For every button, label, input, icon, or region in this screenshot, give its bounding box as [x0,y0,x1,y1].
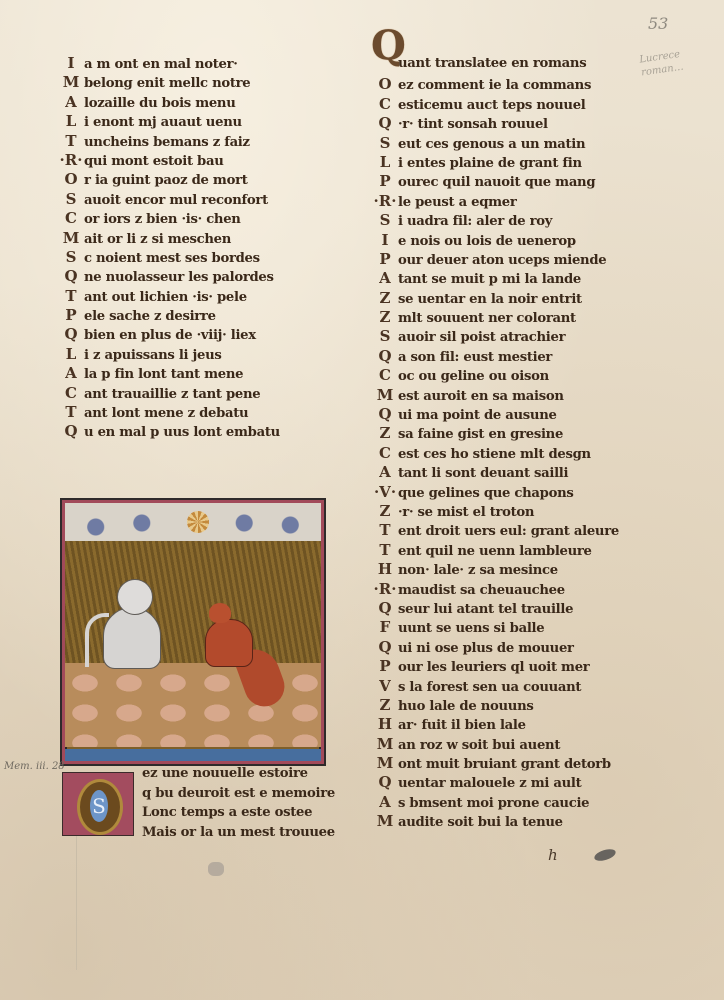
verse-text: uunt se uens si balle [398,621,544,636]
verse-text: belong enit mellc notre [84,76,250,91]
verse-text: ant out lichien ·is· pele [84,290,247,305]
line-initial: P [58,306,84,324]
sun-icon [187,511,209,533]
verse-line: Qseur lui atant tel trauille [372,599,672,618]
verse-line: Hnon· lale· z sa mesince [372,560,672,579]
verse-line: Maudite soit bui la tenue [372,812,672,831]
verse-line: Qu en mal p uus lont embatu [58,422,358,441]
verse-text: an roz w soit bui auent [398,738,560,753]
verse-text: c noient mest ses bordes [84,251,260,266]
line-initial: P [372,250,398,268]
verse-line: Alozaille du bois menu [58,93,358,112]
verse-text: ele sache z desirre [84,309,216,324]
line-initial: I [372,231,398,249]
verse-line: ez une nouuelle estoire [142,766,352,786]
verse-line: Man roz w soit bui auent [372,735,672,754]
line-initial: T [58,132,84,150]
verse-text: i uadra fil: aler de roy [398,214,552,229]
line-initial: H [372,560,398,578]
verse-line: Mais or la un mest trouuee [142,825,352,845]
verse-text: que gelines que chapons [398,486,574,501]
verse-text: i enont mj auaut uenu [84,115,242,130]
line-initial: Q [372,773,398,791]
verse-text: ent quil ne uenn lambleure [398,544,592,559]
line-initial: L [58,345,84,363]
verse-text: a m ont en mal noter· [84,57,238,72]
verse-text: ui ma point de ausune [398,408,557,423]
verse-line: Tant lont mene z debatu [58,403,358,422]
verse-text: huo lale de nouuns [398,699,533,714]
verse-text: ourec quil nauoit que mang [398,175,595,190]
verse-line: Li entes plaine de grant fin [372,153,672,172]
line-initial: M [372,754,398,772]
verse-line: Li enont mj auaut uenu [58,112,358,131]
verse-text: ant trauaillie z tant pene [84,387,260,402]
miniature-water [65,749,321,761]
verse-line: ·R·maudist sa cheuauchee [372,580,672,599]
verse-line: Qne nuolasseur les palordes [58,267,358,286]
verse-text: our les leuriers ql uoit mer [398,660,589,675]
verse-text: se uentar en la noir entrit [398,292,582,307]
verse-text: uant translatee en romans [398,56,586,71]
verse-line: Pele sache z desirre [58,306,358,325]
verse-text: qui mont estoit bau [84,154,223,169]
verse-line: Or ia guint paoz de mort [58,170,358,189]
line-initial: C [372,366,398,384]
drop-cap-letter: S [90,790,108,822]
verse-line: As bmsent moi prone caucie [372,793,672,812]
verse-line: Sauoit encor mul reconfort [58,190,358,209]
verse-line: ·R·qui mont estoit bau [58,151,358,170]
verse-text: ont muit bruiant grant detorb [398,757,611,772]
line-initial: T [58,287,84,305]
line-initial: P [372,657,398,675]
line-initial: Z [372,289,398,307]
verse-text: eut ces genous a un matin [398,137,585,152]
verse-text: q bu deuroit est e memoire [142,786,335,801]
verse-line: Mest auroit en sa maison [372,386,672,405]
line-initial: ·R· [58,151,84,169]
folio-number: 53 [648,14,668,33]
line-initial: C [372,95,398,113]
manuscript-page: 53 Lucrece roman… Ia m ont en mal noter·… [0,0,724,1000]
verse-text: e nois ou lois de uenerop [398,234,576,249]
verse-text: oc ou geline ou oison [398,369,549,384]
verse-text: auoir sil poist atrachier [398,330,565,345]
line-initial: A [372,463,398,481]
verse-text: auoit encor mul reconfort [84,193,268,208]
verse-text: i entes plaine de grant fin [398,156,582,171]
verse-text: s bmsent moi prone caucie [398,796,589,811]
line-initial: M [372,735,398,753]
verse-line: Vs la forest sen ua couuant [372,677,672,696]
verse-text: ar· fuit il bien lale [398,718,526,733]
verse-line: Q·r· tint sonsah rouuel [372,114,672,133]
verse-line: Si uadra fil: aler de roy [372,211,672,230]
miniature-illustration [62,500,324,764]
lion-figure [95,573,165,673]
verse-line: Mait or li z si meschen [58,229,358,248]
verse-line: Atant li sont deuant sailli [372,463,672,482]
verse-text: ez comment ie la commans [398,78,591,93]
line-initial: Z [372,424,398,442]
line-initial: P [372,172,398,190]
verse-line: Pourec quil nauoit que mang [372,172,672,191]
verse-line: Mont muit bruiant grant detorb [372,754,672,773]
verse-line: Sauoir sil poist atrachier [372,327,672,346]
line-initial: Z [372,696,398,714]
verse-line: Qui ma point de ausune [372,405,672,424]
miniature-ground [65,663,321,747]
line-initial: L [58,112,84,130]
line-initial: T [58,403,84,421]
verse-text: ez une nouuelle estoire [142,766,308,781]
line-initial: T [372,541,398,559]
verse-line: Coc ou geline ou oison [372,366,672,385]
drop-cap-ring: S [77,779,123,835]
line-initial: C [58,384,84,402]
line-initial: S [372,134,398,152]
verse-text: maudist sa cheuauchee [398,583,565,598]
line-initial: Q [58,267,84,285]
verse-line: Zmlt souuent ner colorant [372,308,672,327]
line-initial: S [58,248,84,266]
verse-text: u en mal p uus lont embatu [84,425,280,440]
verse-line: Cesticemu auct teps nouuel [372,95,672,114]
verse-text: uentar malouele z mi ault [398,776,581,791]
verse-line: Zhuo lale de nouuns [372,696,672,715]
verse-text: ant lont mene z debatu [84,406,248,421]
verse-line: q bu deuroit est e memoire [142,786,352,806]
verse-line: Seut ces genous a un matin [372,134,672,153]
catchword: h [548,846,558,864]
verse-line: Oez comment ie la commans [372,75,672,94]
stamp-mark [208,862,224,876]
left-text-column: Ia m ont en mal noter·Mbelong enit mellc… [58,54,358,442]
verse-line: Quentar malouele z mi ault [372,773,672,792]
verse-text: ait or li z si meschen [84,232,231,247]
verse-line: Har· fuit il bien lale [372,715,672,734]
verse-line: Fuunt se uens si balle [372,618,672,637]
verse-text: tant li sont deuant sailli [398,466,568,481]
ink-smudge [593,848,617,862]
line-initial: Q [372,347,398,365]
line-initial: Z [372,308,398,326]
illuminated-drop-cap: S [62,772,134,836]
verse-text: s la forest sen ua couuant [398,680,581,695]
verse-line: Ia m ont en mal noter· [58,54,358,73]
verse-line: Qui ni ose plus de mouuer [372,638,672,657]
line-initial: V [372,677,398,695]
line-initial: M [372,812,398,830]
verse-line: Zsa faine gist en gresine [372,424,672,443]
verse-text: sa faine gist en gresine [398,427,563,442]
verse-text: le peust a eqmer [398,195,517,210]
verse-text: ·r· tint sonsah rouuel [398,117,548,132]
verse-text: Lonc temps a este ostee [142,805,312,820]
verse-text: ·r· se mist el troton [398,505,534,520]
verse-line: Tent droit uers eul: grant aleure [372,521,672,540]
verse-text: ne nuolasseur les palordes [84,270,274,285]
right-text-column: uant translatee en romansOez comment ie … [372,56,672,832]
verse-line: Pour les leuriers ql uoit mer [372,657,672,676]
margin-annotation-left: Mem. iii. 28 [4,760,65,774]
verse-text: r ia guint paoz de mort [84,173,248,188]
verse-line: Lonc temps a este ostee [142,805,352,825]
line-initial: M [58,229,84,247]
line-initial: Q [372,405,398,423]
verse-text: tant se muit p mi la lande [398,272,581,287]
verse-line: Tent quil ne uenn lambleure [372,541,672,560]
verse-line: Qbien en plus de ·viij· liex [58,325,358,344]
line-initial: C [372,444,398,462]
verse-text: bien en plus de ·viij· liex [84,328,256,343]
line-initial: Q [372,114,398,132]
verse-line: Pour deuer aton uceps miende [372,250,672,269]
verse-line: Ala p fin lont tant mene [58,364,358,383]
line-initial: A [58,93,84,111]
line-initial: S [372,211,398,229]
verse-text: esticemu auct teps nouuel [398,98,586,113]
line-initial: Q [58,422,84,440]
line-initial: H [372,715,398,733]
line-initial: M [58,73,84,91]
verse-text: uncheins bemans z faiz [84,135,250,150]
line-initial: M [372,386,398,404]
line-initial: Q [372,638,398,656]
verse-text: our deuer aton uceps miende [398,253,606,268]
verse-line: Cant trauaillie z tant pene [58,384,358,403]
line-initial: O [372,75,398,93]
verse-text: seur lui atant tel trauille [398,602,573,617]
verse-line: Qa son fil: eust mestier [372,347,672,366]
verse-line: Cor iors z bien ·is· chen [58,209,358,228]
fox-figure [205,603,275,673]
line-initial: O [58,170,84,188]
line-initial: Z [372,502,398,520]
verse-text: ent droit uers eul: grant aleure [398,524,619,539]
line-initial: S [372,327,398,345]
verse-text: or iors z bien ·is· chen [84,212,241,227]
line-initial: A [372,793,398,811]
line-initial: T [372,521,398,539]
line-initial: L [372,153,398,171]
line-initial: Q [372,599,398,617]
verse-text: est ces ho stiene mlt desgn [398,447,591,462]
verse-text: la p fin lont tant mene [84,367,243,382]
line-initial: A [58,364,84,382]
verse-line: Li z apuissans li jeus [58,345,358,364]
verse-text: audite soit bui la tenue [398,815,563,830]
line-initial: Q [58,325,84,343]
verse-line: Atant se muit p mi la lande [372,269,672,288]
verse-text: Mais or la un mest trouuee [142,825,335,840]
line-initial: ·V· [372,483,398,501]
verse-text: non· lale· z sa mesince [398,563,558,578]
line-initial: ·R· [372,192,398,210]
verse-line: Mbelong enit mellc notre [58,73,358,92]
verse-line: Ie nois ou lois de uenerop [372,231,672,250]
bottom-text-block: ez une nouuelle estoireq bu deuroit est … [142,766,352,844]
line-initial: S [58,190,84,208]
line-initial: C [58,209,84,227]
verse-text: i z apuissans li jeus [84,348,222,363]
verse-line: Zse uentar en la noir entrit [372,289,672,308]
verse-line: Sc noient mest ses bordes [58,248,358,267]
verse-text: ui ni ose plus de mouuer [398,641,574,656]
line-initial: ·R· [372,580,398,598]
verse-line: ·V·que gelines que chapons [372,483,672,502]
verse-line: ·R·le peust a eqmer [372,192,672,211]
line-initial: F [372,618,398,636]
verse-text: lozaille du bois menu [84,96,236,111]
verse-line: Z·r· se mist el troton [372,502,672,521]
verse-text: mlt souuent ner colorant [398,311,576,326]
verse-line: uant translatee en romans [372,56,672,75]
verse-line: Tant out lichien ·is· pele [58,287,358,306]
verse-line: Tuncheins bemans z faiz [58,132,358,151]
verse-text: a son fil: eust mestier [398,350,552,365]
line-initial: A [372,269,398,287]
verse-line: Cest ces ho stiene mlt desgn [372,444,672,463]
line-initial: I [58,54,84,72]
verse-text: est auroit en sa maison [398,389,564,404]
